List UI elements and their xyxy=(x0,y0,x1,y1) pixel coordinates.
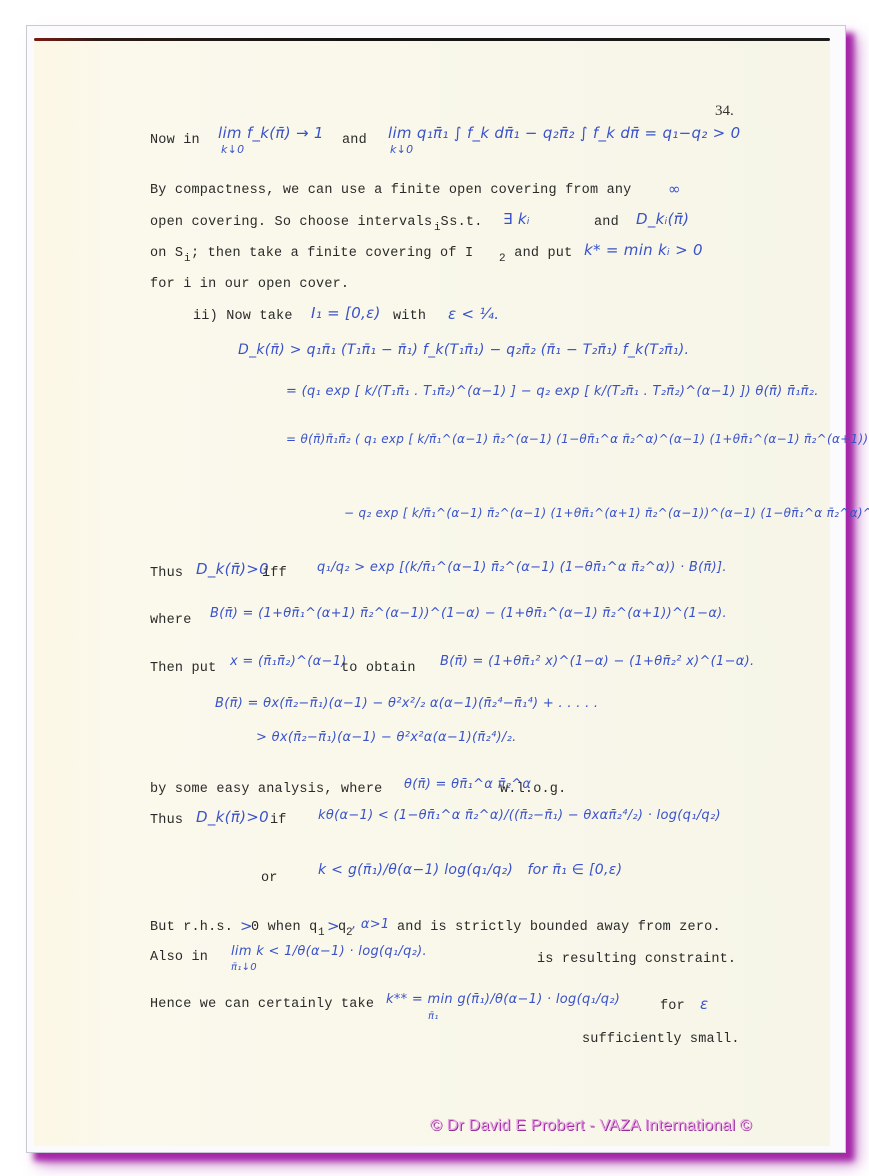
handwritten-math: lim k < 1/θ(α−1) · log(q₁/q₂). xyxy=(231,944,427,959)
handwritten-subscript: π̄₁↓0 xyxy=(231,962,257,973)
handwritten-subscript: k↓0 xyxy=(221,143,245,156)
typed-text: for xyxy=(660,999,685,1014)
typed-text: Thus xyxy=(150,813,183,828)
typed-text: and put xyxy=(506,246,572,261)
handwritten-math: D_kᵢ(π̄) xyxy=(636,210,689,228)
typed-text: By compactness, we can use a finite open… xyxy=(150,183,631,198)
handwritten-equation: D_k(π̄) > q₁π̄₁ (T₁π̄₁ − π̄₁) f_k(T₁π̄₁)… xyxy=(238,342,689,358)
typed-subscript: 1 xyxy=(318,927,325,939)
typed-text: and xyxy=(594,215,619,230)
typed-text: and is strictly bounded away from zero. xyxy=(397,920,721,935)
typed-text: 0 when q xyxy=(251,920,317,935)
typed-text: is resulting constraint. xyxy=(537,952,736,967)
handwritten-equation: > θx(π̄₂−π̄₁)(α−1) − θ²x²α(α−1)(π̄₂⁴)/₂. xyxy=(256,730,517,745)
handwritten-math: B(π̄) = (1+θπ̄₁² x)^(1−α) − (1+θπ̄₂² x)^… xyxy=(440,654,754,669)
handwritten-math: q₁/q₂ > exp [(k/π̄₁^(α−1) π̄₂^(α−1) (1−θ… xyxy=(317,560,727,575)
handwritten-subscript: k↓0 xyxy=(390,143,414,156)
handwritten-math: k* = min kᵢ > 0 xyxy=(584,241,703,259)
handwritten-equation: = (q₁ exp [ k/(T₁π̄₁ . T₁π̄₂)^(α−1) ] − … xyxy=(286,384,819,399)
typed-text: by some easy analysis, where xyxy=(150,782,382,797)
page-number: 34. xyxy=(715,103,734,120)
handwritten-math: I₁ = [0,ε) xyxy=(311,304,381,322)
paper-top-edge xyxy=(34,38,830,41)
typed-text: ; then take a finite covering of I xyxy=(191,246,473,261)
typed-text: to obtain xyxy=(341,661,416,676)
typed-text: if xyxy=(270,813,287,828)
handwritten-subscript: π̄₁ xyxy=(428,1011,439,1022)
handwritten-math: D_k(π̄)>0 xyxy=(196,808,269,826)
typed-text: Also in xyxy=(150,950,208,965)
typed-text: where xyxy=(150,613,192,628)
typed-text: Thus xyxy=(150,566,183,581)
handwritten-equation: = θ(π̄)π̄₁π̄₂ ( q₁ exp [ k/π̄₁^(α−1) π̄₂… xyxy=(286,432,869,446)
handwritten-math: kθ(α−1) < (1−θπ̄₁^α π̄₂^α)/((π̄₂−π̄₁) − … xyxy=(318,808,721,823)
handwritten-math: ε xyxy=(700,995,708,1013)
typed-text: iff xyxy=(262,566,287,581)
handwritten-math: D_k(π̄)>0 xyxy=(196,560,269,578)
typed-text: for i in our open cover. xyxy=(150,277,349,292)
handwritten-math: lim f_k(π̄) → 1 xyxy=(218,124,324,142)
typed-subscript: 2 xyxy=(499,253,506,265)
copyright-watermark: © Dr David E Probert - VAZA Internationa… xyxy=(430,1117,752,1135)
typed-text: sufficiently small. xyxy=(582,1032,740,1047)
typed-text: Hence we can certainly take xyxy=(150,997,374,1012)
handwritten-equation: B(π̄) = θx(π̄₂−π̄₁)(α−1) − θ²x²/₂ α(α−1)… xyxy=(215,696,598,711)
typed-text: ii) Now take xyxy=(193,309,293,324)
typed-text: with xyxy=(393,309,426,324)
handwritten-math: ∃ kᵢ xyxy=(503,210,530,228)
typed-text: But r.h.s. xyxy=(150,920,233,935)
typed-text: and xyxy=(342,133,367,148)
handwritten-math: k** = min g(π̄₁)/θ(α−1) · log(q₁/q₂) xyxy=(386,992,620,1007)
typed-text: w.l.o.g. xyxy=(500,782,566,797)
handwritten-math: ε < ¼. xyxy=(448,305,499,323)
typed-text: or xyxy=(261,871,278,886)
typed-text: s.t. xyxy=(441,215,483,230)
typed-text: on S xyxy=(150,246,183,261)
handwritten-math: lim q₁π̄₁ ∫ f_k dπ̄₁ − q₂π̄₂ ∫ f_k dπ̄ =… xyxy=(388,124,740,142)
typed-text: open covering. So choose intervals S xyxy=(150,215,449,230)
paper-page xyxy=(34,38,830,1146)
handwritten-equation: − q₂ exp [ k/π̄₁^(α−1) π̄₂^(α−1) (1+θπ̄₁… xyxy=(344,506,869,520)
typed-subscript: i xyxy=(434,222,441,234)
typed-subscript: i xyxy=(184,253,191,265)
handwritten-math: k < g(π̄₁)/θ(α−1) log(q₁/q₂) for π̄₁ ∈ [… xyxy=(318,862,622,878)
typed-text: Then put xyxy=(150,661,216,676)
handwritten-math: B(π̄) = (1+θπ̄₁^(α+1) π̄₂^(α−1))^(1−α) −… xyxy=(210,606,727,621)
handwritten-math: ∞ xyxy=(668,180,681,198)
handwritten-math: x = (π̄₁π̄₂)^(α−1) xyxy=(230,654,347,669)
typed-text: Now in xyxy=(150,133,200,148)
handwritten-math: , α>1 xyxy=(352,917,390,932)
